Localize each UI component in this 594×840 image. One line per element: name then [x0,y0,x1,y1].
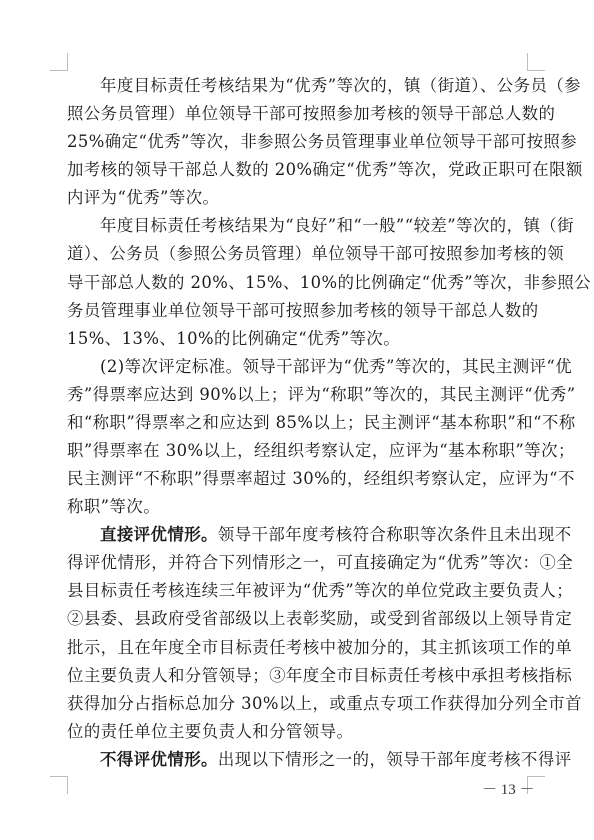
paragraph-no-excellent: 不得评优情形。出现以下情形之一的，领导干部年度考核不得评 [67,746,527,774]
text-line: 道）、公务员（参照公务员管理）单位领导干部可按照参加考核的领 [67,240,527,268]
text-line: 年度目标责任考核结果为“优秀”等次的，镇（街道）、公务员（参 [67,72,527,100]
page-number: － 13 － [482,780,528,800]
text-line: 25%确定“优秀”等次，非参照公务员管理事业单位领导干部可按照参 [67,128,527,156]
text-line: 内评为“优秀”等次。 [67,184,527,212]
paragraph-excellent-quota: 年度目标责任考核结果为“优秀”等次的，镇（街道）、公务员（参 照公务员管理）单位… [67,72,527,212]
text-line: 获得加分占指标总加分 30%以上，或重点专项工作获得加分列全市首 [67,690,527,718]
text-line: 位主要负责人和分管领导；③年度全市目标责任考核中承担考核指标 [67,662,527,690]
text-line: 直接评优情形。领导干部年度考核符合称职等次条件且未出现不 [67,521,527,549]
crop-mark-top-right [527,53,545,71]
text-segment: 领导干部年度考核符合称职等次条件且未出现不 [218,525,572,544]
text-line: 不得评优情形。出现以下情形之一的，领导干部年度考核不得评 [67,746,527,774]
text-line: ②县委、县政府受省部级以上表彰奖励，或受到省部级以上领导肯定 [67,605,527,633]
text-line: 职”得票率在 30%以上，经组织考察认定，应评为“基本称职”等次； [67,437,527,465]
section-lead-heading: 直接评优情形。 [100,525,218,544]
text-line: 务员管理事业单位领导干部可按照参加考核的领导干部总人数的 [67,297,527,325]
text-segment: 出现以下情形之一的，领导干部年度考核不得评 [218,750,572,769]
document-page: 年度目标责任考核结果为“优秀”等次的，镇（街道）、公务员（参 照公务员管理）单位… [0,0,594,840]
section-lead-heading: 不得评优情形。 [100,750,218,769]
document-body: 年度目标责任考核结果为“优秀”等次的，镇（街道）、公务员（参 照公务员管理）单位… [67,72,527,774]
text-line: 位的责任单位主要负责人和分管领导。 [67,718,527,746]
text-line: 导干部总人数的 20%、15%、10%的比例确定“优秀”等次，非参照公 [67,269,527,297]
text-line: (2)等次评定标准。领导干部评为“优秀”等次的，其民主测评“优 [67,353,527,381]
crop-mark-bottom-left [50,776,68,794]
paragraph-rating-standards: (2)等次评定标准。领导干部评为“优秀”等次的，其民主测评“优 秀”得票率应达到… [67,353,527,521]
text-line: 15%、13%、10%的比例确定“优秀”等次。 [67,325,527,353]
text-line: 照公务员管理）单位领导干部可按照参加考核的领导干部总人数的 [67,100,527,128]
text-line: 秀”得票率应达到 90%以上；评为“称职”等次的，其民主测评“优秀” [67,381,527,409]
text-line: 县目标责任考核连续三年被评为“优秀”等次的单位党政主要负责人； [67,577,527,605]
text-line: 年度目标责任考核结果为“良好”和“一般”“较差”等次的，镇（街 [67,212,527,240]
crop-mark-top-left [50,53,68,71]
text-line: 加考核的领导干部总人数的 20%确定“优秀”等次，党政正职可在限额 [67,156,527,184]
text-line: 民主测评“不称职”得票率超过 30%的，经组织考察认定，应评为“不 [67,465,527,493]
paragraph-good-general-quota: 年度目标责任考核结果为“良好”和“一般”“较差”等次的，镇（街 道）、公务员（参… [67,212,527,352]
text-line: 批示，且在年度全市目标责任考核中被加分的，其主抓该项工作的单 [67,634,527,662]
paragraph-direct-excellent: 直接评优情形。领导干部年度考核符合称职等次条件且未出现不 得评优情形，并符合下列… [67,521,527,746]
text-line: 称职”等次。 [67,493,527,521]
text-line: 得评优情形，并符合下列情形之一，可直接确定为“优秀”等次：①全 [67,549,527,577]
text-line: 和“称职”得票率之和应达到 85%以上；民主测评“基本称职”和“不称 [67,409,527,437]
